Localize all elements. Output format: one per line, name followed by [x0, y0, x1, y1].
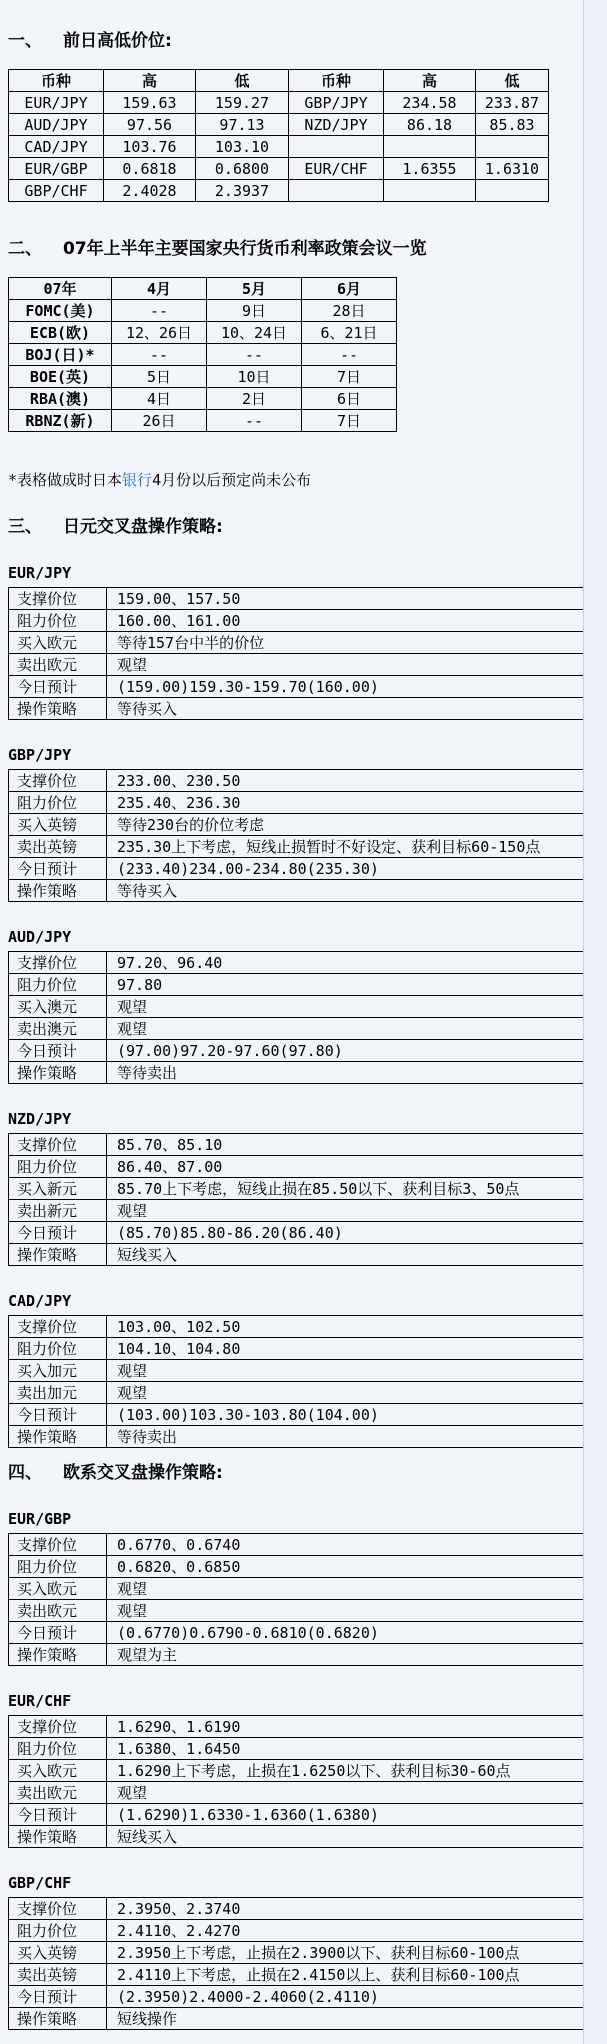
strategy-row-value: 观望为主: [107, 1644, 595, 1666]
pair-cell: NZD/JPY: [289, 114, 384, 136]
strategy-row-label: 卖出欧元: [9, 1782, 107, 1804]
strategy-row: 支撑价位233.00、230.50: [9, 770, 595, 792]
strategy-row: 今日预计(233.40)234.00-234.80(235.30): [9, 858, 595, 880]
strategy-row: 买入加元观望: [9, 1360, 595, 1382]
strategy-row-label: 卖出欧元: [9, 1600, 107, 1622]
strategy-row-label: 支撑价位: [9, 952, 107, 974]
strategy-row-value: (159.00)159.30-159.70(160.00): [107, 676, 595, 698]
strategy-row: 买入欧元1.6290上下考虑，止损在1.6250以下、获利目标30-60点: [9, 1760, 595, 1782]
strategy-table: 支撑价位85.70、85.10 阻力价位86.40、87.00 买入新元85.7…: [8, 1133, 595, 1266]
col-header-high: 高: [384, 70, 476, 92]
low-cell: 85.83: [476, 114, 549, 136]
strategy-row-value: 2.4110上下考虑，止损在2.4150以上、获利目标60-100点: [107, 1964, 595, 1986]
table-row: ECB(欧) 12、26日 10、24日 6、21日: [9, 322, 397, 344]
strategy-row-label: 支撑价位: [9, 1534, 107, 1556]
bank-cell: RBNZ(新): [9, 410, 112, 432]
strategy-row: 买入澳元观望: [9, 996, 595, 1018]
strategy-row-label: 今日预计: [9, 858, 107, 880]
pair-title: GBP/JPY: [8, 746, 607, 764]
strategy-row: 卖出加元观望: [9, 1382, 595, 1404]
strategy-table: 支撑价位0.6770、0.6740 阻力价位0.6820、0.6850 买入欧元…: [8, 1533, 595, 1666]
strategy-row-value: (233.40)234.00-234.80(235.30): [107, 858, 595, 880]
strategy-row-label: 阻力价位: [9, 1738, 107, 1760]
strategy-row-label: 买入欧元: [9, 632, 107, 654]
date-cell: 9日: [207, 300, 302, 322]
strategy-table: 支撑价位159.00、157.50 阻力价位160.00、161.00 买入欧元…: [8, 587, 595, 720]
pair-title: EUR/GBP: [8, 1510, 607, 1528]
date-cell: --: [302, 344, 397, 366]
bank-cell: ECB(欧): [9, 322, 112, 344]
bank-cell: BOJ(日)*: [9, 344, 112, 366]
low-cell: 97.13: [196, 114, 289, 136]
strategy-block-eur-gbp: EUR/GBP 支撑价位0.6770、0.6740 阻力价位0.6820、0.6…: [8, 1510, 607, 1666]
strategy-row-label: 买入加元: [9, 1360, 107, 1382]
strategy-row: 今日预计(0.6770)0.6790-0.6810(0.6820): [9, 1622, 595, 1644]
table-row: CAD/JPY 103.76 103.10: [9, 136, 549, 158]
pair-cell: CAD/JPY: [9, 136, 104, 158]
strategy-table: 支撑价位233.00、230.50 阻力价位235.40、236.30 买入英镑…: [8, 769, 595, 902]
date-cell: 12、26日: [112, 322, 207, 344]
date-cell: 26日: [112, 410, 207, 432]
strategy-row-value: 86.40、87.00: [107, 1156, 595, 1178]
col-header-april: 4月: [112, 278, 207, 300]
strategy-row-value: 等待157台中半的价位: [107, 632, 595, 654]
strategy-row-value: 85.70上下考虑，短线止损在85.50以下、获利目标3、50点: [107, 1178, 595, 1200]
high-cell: 2.4028: [104, 180, 196, 202]
date-cell: --: [207, 410, 302, 432]
footnote-prefix: *表格做成时日本: [8, 471, 122, 489]
pair-cell: [289, 180, 384, 202]
strategy-row: 操作策略等待买入: [9, 698, 595, 720]
section4-heading: 四、欧系交叉盘操作策略:: [8, 1462, 607, 1484]
pair-cell: GBP/JPY: [289, 92, 384, 114]
strategy-row: 卖出欧元观望: [9, 1782, 595, 1804]
footnote: *表格做成时日本银行4月份以后预定尚未公布: [8, 470, 607, 490]
table-row: GBP/CHF 2.4028 2.3937: [9, 180, 549, 202]
high-cell: 1.6355: [384, 158, 476, 180]
high-cell: 97.56: [104, 114, 196, 136]
strategy-row: 买入英镑等待230台的价位考虑: [9, 814, 595, 836]
strategy-row: 阻力价位1.6380、1.6450: [9, 1738, 595, 1760]
bank-cell: BOE(英): [9, 366, 112, 388]
table-row: AUD/JPY 97.56 97.13 NZD/JPY 86.18 85.83: [9, 114, 549, 136]
pair-cell: EUR/JPY: [9, 92, 104, 114]
date-cell: 5日: [112, 366, 207, 388]
strategy-block-gbp-chf: GBP/CHF 支撑价位2.3950、2.3740 阻力价位2.4110、2.4…: [8, 1874, 607, 2030]
strategy-row-label: 支撑价位: [9, 770, 107, 792]
strategy-row-value: 短线买入: [107, 1244, 595, 1266]
strategy-row-label: 阻力价位: [9, 974, 107, 996]
strategy-row-value: 等待卖出: [107, 1062, 595, 1084]
col-header-may: 5月: [207, 278, 302, 300]
table-row: EUR/GBP 0.6818 0.6800 EUR/CHF 1.6355 1.6…: [9, 158, 549, 180]
pair-title: GBP/CHF: [8, 1874, 607, 1892]
strategy-row: 操作策略等待卖出: [9, 1062, 595, 1084]
strategy-row-value: 0.6770、0.6740: [107, 1534, 595, 1556]
strategy-row-label: 今日预计: [9, 1622, 107, 1644]
strategy-row-label: 操作策略: [9, 1426, 107, 1448]
date-cell: 2日: [207, 388, 302, 410]
strategy-row-value: 观望: [107, 1782, 595, 1804]
section1-heading: 一、前日高低价位:: [8, 30, 607, 52]
strategy-row-value: 235.40、236.30: [107, 792, 595, 814]
high-cell: 86.18: [384, 114, 476, 136]
strategy-row-value: 2.3950、2.3740: [107, 1898, 595, 1920]
strategy-row-label: 今日预计: [9, 676, 107, 698]
low-cell: [476, 180, 549, 202]
document-body: 一、前日高低价位: 币种 高 低 币种 高 低 EUR/JPY 159.63 1…: [0, 0, 607, 2030]
strategy-block-eur-jpy: EUR/JPY 支撑价位159.00、157.50 阻力价位160.00、161…: [8, 564, 607, 720]
strategy-table: 支撑价位1.6290、1.6190 阻力价位1.6380、1.6450 买入欧元…: [8, 1715, 595, 1848]
strategy-block-aud-jpy: AUD/JPY 支撑价位97.20、96.40 阻力价位97.80 买入澳元观望…: [8, 928, 607, 1084]
strategy-block-eur-chf: EUR/CHF 支撑价位1.6290、1.6190 阻力价位1.6380、1.6…: [8, 1692, 607, 1848]
pair-title: EUR/JPY: [8, 564, 607, 582]
strategy-row-value: 104.10、104.80: [107, 1338, 595, 1360]
strategy-row-value: 观望: [107, 1200, 595, 1222]
strategy-row: 阻力价位2.4110、2.4270: [9, 1920, 595, 1942]
section1-number: 一、: [8, 30, 63, 52]
strategy-row: 支撑价位159.00、157.50: [9, 588, 595, 610]
strategy-table: 支撑价位103.00、102.50 阻力价位104.10、104.80 买入加元…: [8, 1315, 595, 1448]
col-header-june: 6月: [302, 278, 397, 300]
col-header-low: 低: [476, 70, 549, 92]
strategy-row-value: 观望: [107, 1018, 595, 1040]
strategy-row-label: 今日预计: [9, 1804, 107, 1826]
strategy-row-label: 支撑价位: [9, 1716, 107, 1738]
date-cell: --: [112, 300, 207, 322]
bank-link[interactable]: 银行: [122, 471, 152, 489]
section1-title: 前日高低价位:: [63, 31, 172, 51]
pair-cell: EUR/CHF: [289, 158, 384, 180]
strategy-row: 今日预计(159.00)159.30-159.70(160.00): [9, 676, 595, 698]
pair-cell: AUD/JPY: [9, 114, 104, 136]
bank-cell: RBA(澳): [9, 388, 112, 410]
high-cell: 0.6818: [104, 158, 196, 180]
strategy-row: 支撑价位0.6770、0.6740: [9, 1534, 595, 1556]
high-cell: 159.63: [104, 92, 196, 114]
strategy-row: 卖出澳元观望: [9, 1018, 595, 1040]
strategy-row-value: 2.3950上下考虑，止损在2.3900以下、获利目标60-100点: [107, 1942, 595, 1964]
strategy-row-value: 短线操作: [107, 2008, 595, 2030]
date-cell: 4日: [112, 388, 207, 410]
date-cell: 7日: [302, 410, 397, 432]
strategy-row: 买入新元85.70上下考虑，短线止损在85.50以下、获利目标3、50点: [9, 1178, 595, 1200]
central-bank-meetings-table: 07年 4月 5月 6月 FOMC(美) -- 9日 28日 ECB(欧) 12…: [8, 277, 397, 432]
strategy-row-value: 观望: [107, 654, 595, 676]
strategy-row-label: 操作策略: [9, 880, 107, 902]
strategy-row-value: 160.00、161.00: [107, 610, 595, 632]
strategy-row-value: 观望: [107, 1578, 595, 1600]
strategy-row-value: 159.00、157.50: [107, 588, 595, 610]
strategy-row-label: 卖出加元: [9, 1382, 107, 1404]
strategy-row: 买入英镑2.3950上下考虑，止损在2.3900以下、获利目标60-100点: [9, 1942, 595, 1964]
strategy-row-value: (85.70)85.80-86.20(86.40): [107, 1222, 595, 1244]
strategy-block-nzd-jpy: NZD/JPY 支撑价位85.70、85.10 阻力价位86.40、87.00 …: [8, 1110, 607, 1266]
strategy-row: 支撑价位97.20、96.40: [9, 952, 595, 974]
strategy-row: 今日预计(1.6290)1.6330-1.6360(1.6380): [9, 1804, 595, 1826]
strategy-row: 阻力价位97.80: [9, 974, 595, 996]
strategy-row: 卖出欧元观望: [9, 1600, 595, 1622]
date-cell: --: [207, 344, 302, 366]
strategy-row-label: 阻力价位: [9, 1156, 107, 1178]
table-header-row: 币种 高 低 币种 高 低: [9, 70, 549, 92]
strategy-row: 操作策略短线操作: [9, 2008, 595, 2030]
strategy-row-label: 操作策略: [9, 1826, 107, 1848]
strategy-row-label: 买入英镑: [9, 1942, 107, 1964]
strategy-row-label: 阻力价位: [9, 610, 107, 632]
pair-title: CAD/JPY: [8, 1292, 607, 1310]
strategy-row-value: 观望: [107, 1600, 595, 1622]
strategy-row: 阻力价位104.10、104.80: [9, 1338, 595, 1360]
table-row: FOMC(美) -- 9日 28日: [9, 300, 397, 322]
strategy-row-value: (0.6770)0.6790-0.6810(0.6820): [107, 1622, 595, 1644]
strategy-row: 卖出欧元观望: [9, 654, 595, 676]
strategy-row: 操作策略短线买入: [9, 1244, 595, 1266]
strategy-row-label: 今日预计: [9, 1986, 107, 2008]
date-cell: 6、21日: [302, 322, 397, 344]
strategy-block-cad-jpy: CAD/JPY 支撑价位103.00、102.50 阻力价位104.10、104…: [8, 1292, 607, 1448]
pair-cell: GBP/CHF: [9, 180, 104, 202]
date-cell: 6日: [302, 388, 397, 410]
strategy-block-gbp-jpy: GBP/JPY 支撑价位233.00、230.50 阻力价位235.40、236…: [8, 746, 607, 902]
table-row: BOJ(日)* -- -- --: [9, 344, 397, 366]
strategy-row: 阻力价位235.40、236.30: [9, 792, 595, 814]
strategy-row: 支撑价位2.3950、2.3740: [9, 1898, 595, 1920]
section3-title: 日元交叉盘操作策略:: [63, 517, 223, 537]
strategy-table: 支撑价位2.3950、2.3740 阻力价位2.4110、2.4270 买入英镑…: [8, 1897, 595, 2030]
strategy-row-label: 今日预计: [9, 1404, 107, 1426]
high-cell: [384, 180, 476, 202]
strategy-row: 操作策略观望为主: [9, 1644, 595, 1666]
strategy-row: 卖出新元观望: [9, 1200, 595, 1222]
col-header-pair: 币种: [289, 70, 384, 92]
high-cell: 234.58: [384, 92, 476, 114]
strategy-row: 阻力价位160.00、161.00: [9, 610, 595, 632]
strategy-row-label: 阻力价位: [9, 1920, 107, 1942]
strategy-row-value: (103.00)103.30-103.80(104.00): [107, 1404, 595, 1426]
strategy-row-value: 等待230台的价位考虑: [107, 814, 595, 836]
table-row: RBA(澳) 4日 2日 6日: [9, 388, 397, 410]
table-row: EUR/JPY 159.63 159.27 GBP/JPY 234.58 233…: [9, 92, 549, 114]
strategy-row-label: 买入澳元: [9, 996, 107, 1018]
strategy-row: 今日预计(85.70)85.80-86.20(86.40): [9, 1222, 595, 1244]
section3-number: 三、: [8, 516, 63, 538]
date-cell: 10日: [207, 366, 302, 388]
low-cell: 1.6310: [476, 158, 549, 180]
strategy-row-value: 短线买入: [107, 1826, 595, 1848]
pair-title: AUD/JPY: [8, 928, 607, 946]
section4-title: 欧系交叉盘操作策略:: [63, 1463, 223, 1483]
strategy-row: 今日预计(103.00)103.30-103.80(104.00): [9, 1404, 595, 1426]
strategy-row-value: 2.4110、2.4270: [107, 1920, 595, 1942]
date-cell: 7日: [302, 366, 397, 388]
strategy-row-label: 支撑价位: [9, 1898, 107, 1920]
strategy-row-value: 1.6380、1.6450: [107, 1738, 595, 1760]
strategy-row: 操作策略等待卖出: [9, 1426, 595, 1448]
strategy-row-value: (2.3950)2.4000-2.4060(2.4110): [107, 1986, 595, 2008]
pair-title: NZD/JPY: [8, 1110, 607, 1128]
strategy-row: 支撑价位1.6290、1.6190: [9, 1716, 595, 1738]
low-cell: 0.6800: [196, 158, 289, 180]
strategy-row-label: 支撑价位: [9, 588, 107, 610]
strategy-row-label: 阻力价位: [9, 792, 107, 814]
strategy-row-label: 阻力价位: [9, 1556, 107, 1578]
col-header-pair: 币种: [9, 70, 104, 92]
low-cell: 103.10: [196, 136, 289, 158]
table-row: BOE(英) 5日 10日 7日: [9, 366, 397, 388]
pair-cell: EUR/GBP: [9, 158, 104, 180]
strategy-row: 买入欧元观望: [9, 1578, 595, 1600]
prev-day-high-low-table: 币种 高 低 币种 高 低 EUR/JPY 159.63 159.27 GBP/…: [8, 69, 549, 202]
strategy-row-label: 今日预计: [9, 1222, 107, 1244]
page-right-border: [583, 0, 607, 2044]
section3-heading: 三、日元交叉盘操作策略:: [8, 516, 607, 538]
strategy-row-value: 0.6820、0.6850: [107, 1556, 595, 1578]
strategy-table: 支撑价位97.20、96.40 阻力价位97.80 买入澳元观望 卖出澳元观望 …: [8, 951, 595, 1084]
low-cell: [476, 136, 549, 158]
strategy-row-label: 操作策略: [9, 698, 107, 720]
strategy-row-label: 买入欧元: [9, 1760, 107, 1782]
strategy-row-label: 操作策略: [9, 1062, 107, 1084]
strategy-row-value: 1.6290、1.6190: [107, 1716, 595, 1738]
strategy-row-label: 买入欧元: [9, 1578, 107, 1600]
col-header-low: 低: [196, 70, 289, 92]
strategy-row: 买入欧元等待157台中半的价位: [9, 632, 595, 654]
footnote-suffix: 4月份以后预定尚未公布: [152, 471, 311, 489]
low-cell: 2.3937: [196, 180, 289, 202]
date-cell: 10、24日: [207, 322, 302, 344]
col-header-year: 07年: [9, 278, 112, 300]
strategy-row-value: 97.20、96.40: [107, 952, 595, 974]
date-cell: 28日: [302, 300, 397, 322]
strategy-row-label: 卖出欧元: [9, 654, 107, 676]
date-cell: --: [112, 344, 207, 366]
pair-cell: [289, 136, 384, 158]
strategy-row-value: (97.00)97.20-97.60(97.80): [107, 1040, 595, 1062]
strategy-row: 阻力价位86.40、87.00: [9, 1156, 595, 1178]
strategy-row-label: 操作策略: [9, 2008, 107, 2030]
strategy-row-label: 卖出澳元: [9, 1018, 107, 1040]
strategy-row-label: 今日预计: [9, 1040, 107, 1062]
strategy-row-value: 观望: [107, 1360, 595, 1382]
strategy-row-value: 85.70、85.10: [107, 1134, 595, 1156]
low-cell: 159.27: [196, 92, 289, 114]
table-row: RBNZ(新) 26日 -- 7日: [9, 410, 397, 432]
section2-number: 二、: [8, 238, 63, 260]
strategy-row-value: 97.80: [107, 974, 595, 996]
section2-heading: 二、07年上半年主要国家央行货币利率政策会议一览: [8, 238, 607, 260]
section4-number: 四、: [8, 1462, 63, 1484]
strategy-row-value: 235.30上下考虑，短线止损暂时不好设定、获利目标60-150点: [107, 836, 595, 858]
strategy-row: 操作策略等待买入: [9, 880, 595, 902]
strategy-row-label: 买入新元: [9, 1178, 107, 1200]
strategy-row: 今日预计(97.00)97.20-97.60(97.80): [9, 1040, 595, 1062]
strategy-row-label: 买入英镑: [9, 814, 107, 836]
strategy-row: 操作策略短线买入: [9, 1826, 595, 1848]
section2-title: 07年上半年主要国家央行货币利率政策会议一览: [63, 239, 427, 259]
strategy-row-label: 支撑价位: [9, 1316, 107, 1338]
strategy-row-label: 卖出新元: [9, 1200, 107, 1222]
strategy-row: 卖出英镑235.30上下考虑，短线止损暂时不好设定、获利目标60-150点: [9, 836, 595, 858]
strategy-row: 支撑价位85.70、85.10: [9, 1134, 595, 1156]
strategy-row: 今日预计(2.3950)2.4000-2.4060(2.4110): [9, 1986, 595, 2008]
strategy-row-label: 操作策略: [9, 1644, 107, 1666]
strategy-row-value: 等待买入: [107, 880, 595, 902]
high-cell: 103.76: [104, 136, 196, 158]
strategy-row: 支撑价位103.00、102.50: [9, 1316, 595, 1338]
strategy-row-label: 卖出英镑: [9, 1964, 107, 1986]
strategy-row-value: 103.00、102.50: [107, 1316, 595, 1338]
strategy-row-label: 卖出英镑: [9, 836, 107, 858]
strategy-row-value: 1.6290上下考虑，止损在1.6250以下、获利目标30-60点: [107, 1760, 595, 1782]
strategy-row-value: 观望: [107, 996, 595, 1018]
strategy-row-value: 等待卖出: [107, 1426, 595, 1448]
strategy-row-label: 阻力价位: [9, 1338, 107, 1360]
strategy-row: 卖出英镑2.4110上下考虑，止损在2.4150以上、获利目标60-100点: [9, 1964, 595, 1986]
strategy-row-value: 等待买入: [107, 698, 595, 720]
strategy-row-label: 操作策略: [9, 1244, 107, 1266]
strategy-row-label: 支撑价位: [9, 1134, 107, 1156]
pair-title: EUR/CHF: [8, 1692, 607, 1710]
high-cell: [384, 136, 476, 158]
strategy-row: 阻力价位0.6820、0.6850: [9, 1556, 595, 1578]
strategy-row-value: (1.6290)1.6330-1.6360(1.6380): [107, 1804, 595, 1826]
bank-cell: FOMC(美): [9, 300, 112, 322]
low-cell: 233.87: [476, 92, 549, 114]
col-header-high: 高: [104, 70, 196, 92]
strategy-row-value: 观望: [107, 1382, 595, 1404]
table-header-row: 07年 4月 5月 6月: [9, 278, 397, 300]
strategy-row-value: 233.00、230.50: [107, 770, 595, 792]
